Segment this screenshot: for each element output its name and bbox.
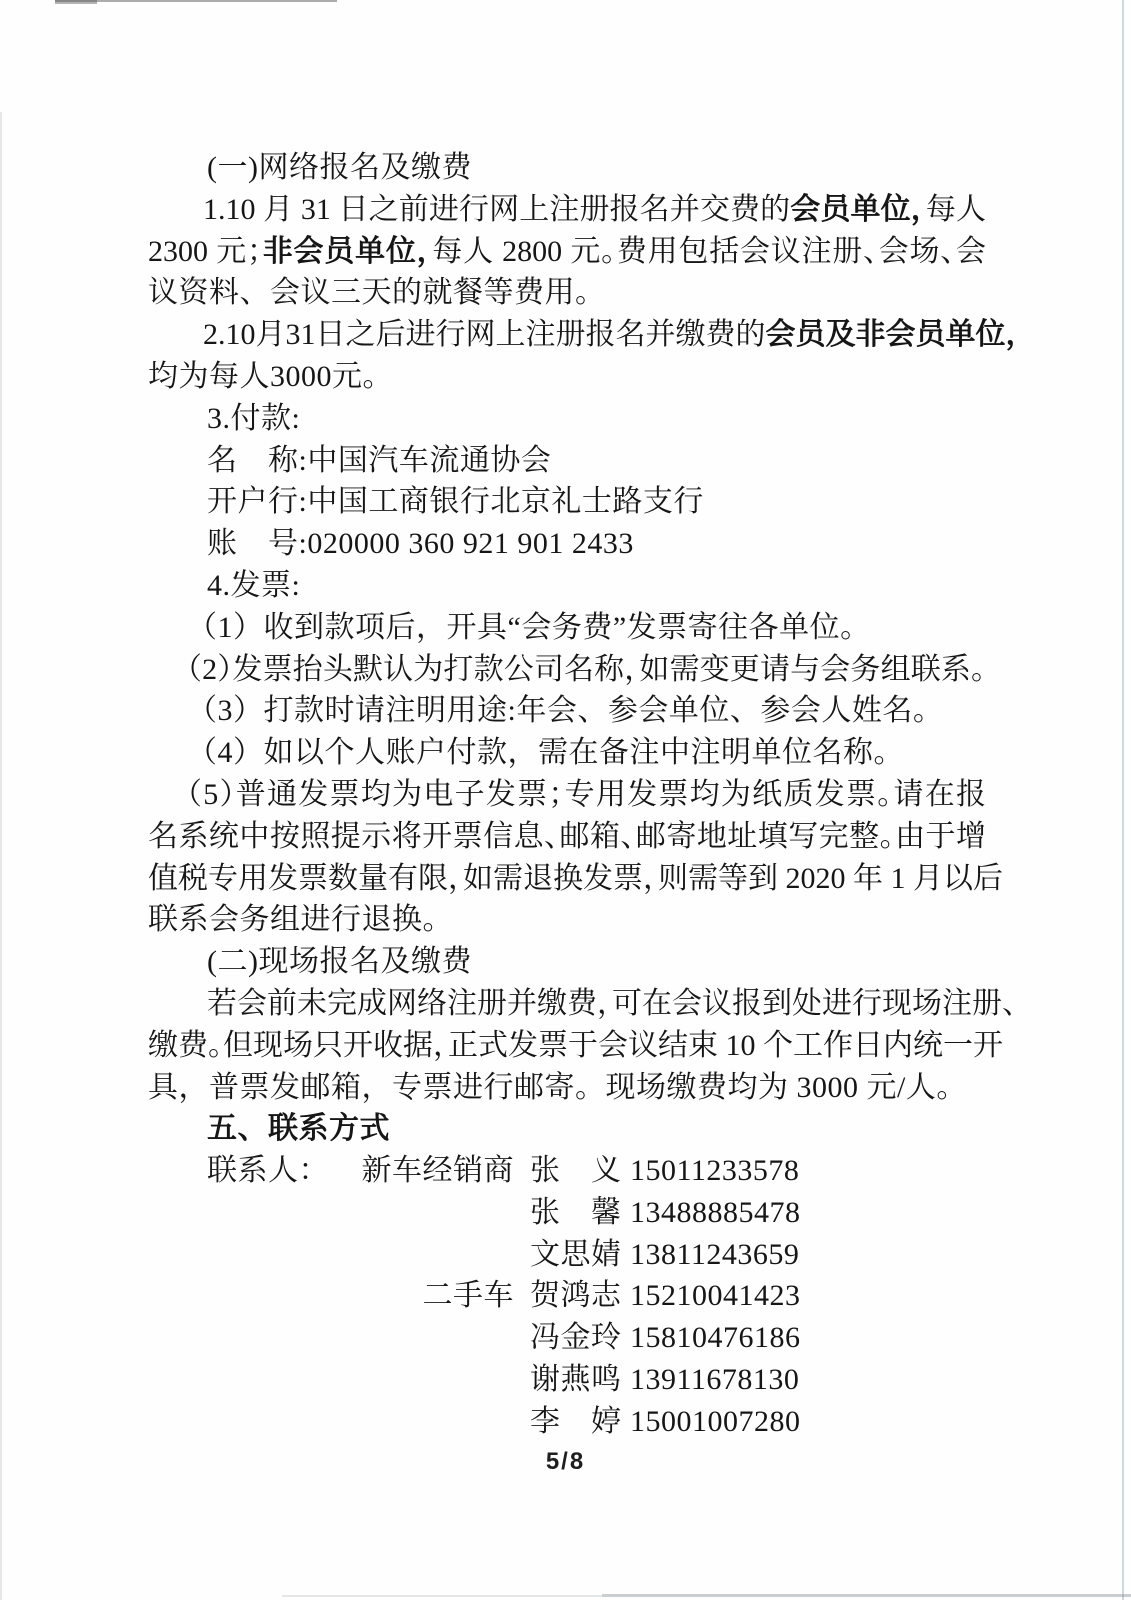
text-line: 2.10月31日之后进行网上注册报名并缴费的会员及非会员单位， — [148, 314, 986, 356]
text-line: 五、联系方式 — [148, 1108, 986, 1150]
contact-phone: 13811243659 — [630, 1234, 799, 1276]
text-run: 若会前未完成网络注册并缴费，可在会议报到处进行现场注册、 — [207, 987, 1017, 1020]
text-line: 缴费。但现场只开收据，正式发票于会议结束 10 个工作日内统一开 — [148, 1025, 986, 1067]
contact-label — [207, 1192, 350, 1234]
text-line: （2）发票抬头默认为打款公司名称，如需变更请与会务组联系。 — [148, 649, 986, 691]
text-run: 名系统中按照提示将开票信息、邮箱、邮寄地址填写完整。由于增 — [148, 820, 986, 853]
contact-group — [350, 1234, 514, 1276]
text-line: （1）收到款项后，开具“会务费”发票寄往各单位。 — [148, 607, 986, 649]
text-line: 具，普票发邮箱，专票进行邮寄。现场缴费均为 3000 元/人。 — [148, 1067, 986, 1109]
text-run: （3）打款时请注明用途:年会、参会单位、参会人姓名。 — [187, 694, 943, 727]
text-run: 账 号:020000 360 921 901 2433 — [207, 527, 634, 560]
text-line: 开户行:中国工商银行北京礼士路支行 — [148, 481, 986, 523]
contact-name: 张 义 — [530, 1150, 622, 1192]
text-run: （5）普通发票均为电子发票；专用发票均为纸质发票。请在报 — [187, 778, 986, 811]
text-run: 值税专用发票数量有限，如需退换发票，则需等到 2020 年 1 月以后 — [148, 862, 1003, 895]
contact-label — [207, 1401, 350, 1443]
contact-label — [207, 1317, 350, 1359]
text-line: 1.10 月 31 日之前进行网上注册报名并交费的会员单位，每人 — [148, 189, 986, 231]
page-number: 5/8 — [0, 1444, 1131, 1480]
scan-artifact-bottom-edge-right — [602, 1594, 1131, 1597]
scan-artifact-top-corner — [55, 0, 97, 4]
text-line: （4）如以个人账户付款，需在备注中注明单位名称。 — [148, 732, 986, 774]
bold-text-run: 会员单位， — [790, 193, 926, 226]
text-line: 名 称:中国汽车流通协会 — [148, 440, 986, 482]
scan-artifact-bottom-edge-left — [282, 1595, 602, 1597]
text-run: 联系会务组进行退换。 — [148, 903, 453, 936]
contact-row: 文思婧13811243659 — [207, 1234, 986, 1276]
text-run: 2300 元； — [148, 235, 262, 268]
contact-group: 新车经销商 — [350, 1150, 514, 1192]
contact-row: 张 馨13488885478 — [207, 1192, 986, 1234]
text-run: 缴费。但现场只开收据，正式发票于会议结束 10 个工作日内统一开 — [148, 1029, 1003, 1062]
contact-list: 联系人：新车经销商张 义15011233578张 馨13488885478文思婧… — [148, 1150, 986, 1443]
text-line: （3）打款时请注明用途:年会、参会单位、参会人姓名。 — [148, 690, 986, 732]
contact-label: 联系人： — [207, 1150, 350, 1192]
text-line: 账 号:020000 360 921 901 2433 — [148, 523, 986, 565]
bold-text-run: 非会员单位， — [262, 235, 432, 268]
contact-row: 李 婷15001007280 — [207, 1401, 986, 1443]
text-line: 2300 元；非会员单位，每人 2800 元。费用包括会议注册、会场、会 — [148, 231, 986, 273]
bold-text-run: 会员及非会员单位， — [766, 318, 1021, 351]
text-run: 2.10月31日之后进行网上注册报名并缴费的 — [203, 318, 766, 351]
text-line: 4.发票: — [148, 565, 986, 607]
contact-name: 冯金玲 — [530, 1317, 622, 1359]
text-run: （1）收到款项后，开具“会务费”发票寄往各单位。 — [187, 611, 871, 644]
text-run: （4）如以个人账户付款，需在备注中注明单位名称。 — [187, 736, 904, 769]
text-run: 开户行:中国工商银行北京礼士路支行 — [207, 485, 704, 518]
text-run: 1.10 月 31 日之前进行网上注册报名并交费的 — [203, 193, 790, 226]
text-line: (一)网络报名及缴费 — [148, 147, 986, 189]
contact-group — [350, 1401, 514, 1443]
text-line: 值税专用发票数量有限，如需退换发票，则需等到 2020 年 1 月以后 — [148, 858, 986, 900]
text-run: 每人 — [926, 193, 986, 226]
text-run: （2）发票抬头默认为打款公司名称，如需变更请与会务组联系。 — [187, 653, 986, 686]
bold-text-run: 五、联系方式 — [207, 1112, 390, 1145]
scan-artifact-left-edge — [0, 112, 2, 1600]
contact-row: 二手车贺鸿志15210041423 — [207, 1275, 986, 1317]
text-line: 联系会务组进行退换。 — [148, 899, 986, 941]
contact-group — [350, 1359, 514, 1401]
text-line: 3.付款: — [148, 398, 986, 440]
contact-row: 谢燕鸣13911678130 — [207, 1359, 986, 1401]
contact-phone: 15810476186 — [630, 1317, 801, 1359]
contact-group: 二手车 — [350, 1275, 514, 1317]
text-run: 议资料、会议三天的就餐等费用。 — [148, 276, 606, 309]
text-line: （5）普通发票均为电子发票；专用发票均为纸质发票。请在报 — [148, 774, 986, 816]
text-run: 均为每人3000元。 — [148, 360, 393, 393]
text-run: 具，普票发邮箱，专票进行邮寄。现场缴费均为 3000 元/人。 — [148, 1071, 967, 1104]
contact-phone: 15011233578 — [630, 1150, 799, 1192]
contact-row: 冯金玲15810476186 — [207, 1317, 986, 1359]
text-run: 每人 2800 元。费用包括会议注册、会场、会 — [432, 235, 986, 268]
text-line: (二)现场报名及缴费 — [148, 941, 986, 983]
text-run: 4.发票: — [207, 569, 300, 602]
contact-name: 谢燕鸣 — [530, 1359, 622, 1401]
text-run: 3.付款: — [207, 402, 300, 435]
contact-name: 张 馨 — [530, 1192, 622, 1234]
scan-artifact-right-edge — [1122, 0, 1124, 1600]
text-run: (一)网络报名及缴费 — [207, 151, 472, 184]
contact-group — [350, 1192, 514, 1234]
text-run: (二)现场报名及缴费 — [207, 945, 472, 978]
contact-phone: 15210041423 — [630, 1275, 801, 1317]
contact-name: 文思婧 — [530, 1234, 622, 1276]
text-line: 若会前未完成网络注册并缴费，可在会议报到处进行现场注册、 — [148, 983, 986, 1025]
contact-phone: 13488885478 — [630, 1192, 801, 1234]
contact-row: 联系人：新车经销商张 义15011233578 — [207, 1150, 986, 1192]
contact-group — [350, 1317, 514, 1359]
contact-label — [207, 1275, 350, 1317]
text-line: 均为每人3000元。 — [148, 356, 986, 398]
contact-label — [207, 1359, 350, 1401]
scan-artifact-top-edge — [55, 0, 337, 2]
text-line: 议资料、会议三天的就餐等费用。 — [148, 272, 986, 314]
contact-name: 贺鸿志 — [530, 1275, 622, 1317]
text-run: 名 称:中国汽车流通协会 — [207, 444, 551, 477]
text-line: 名系统中按照提示将开票信息、邮箱、邮寄地址填写完整。由于增 — [148, 816, 986, 858]
document-page: (一)网络报名及缴费1.10 月 31 日之前进行网上注册报名并交费的会员单位，… — [0, 0, 1131, 1600]
document-body: (一)网络报名及缴费1.10 月 31 日之前进行网上注册报名并交费的会员单位，… — [148, 147, 986, 1150]
contact-label — [207, 1234, 350, 1276]
contact-phone: 13911678130 — [630, 1359, 799, 1401]
contact-name: 李 婷 — [530, 1401, 622, 1443]
contact-phone: 15001007280 — [630, 1401, 801, 1443]
